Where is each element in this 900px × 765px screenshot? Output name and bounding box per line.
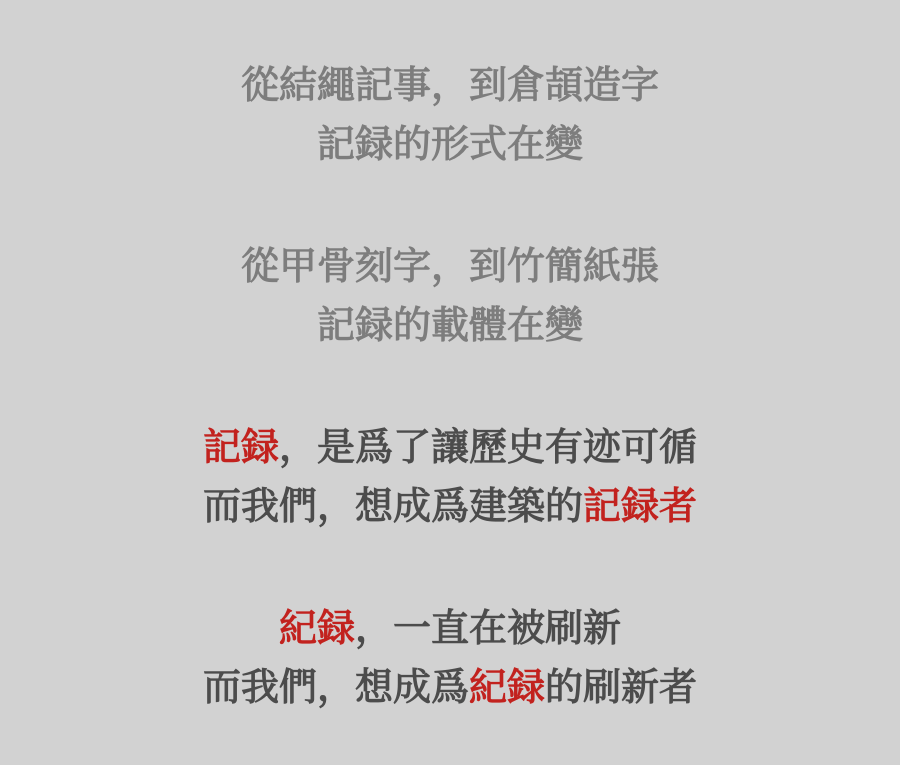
stanza-3: 記録，是爲了讓歷史有迹可循而我們，想成爲建築的記録者 [0, 419, 900, 537]
stanza-4-line-1: 紀録，一直在被刷新 [0, 600, 900, 659]
text-segment: 而我們，想成爲 [203, 667, 469, 709]
stanza-1: 從結繩記事，到倉頡造字記録的形式在變 [0, 57, 900, 175]
stanza-3-line-1: 記録，是爲了讓歷史有迹可循 [0, 419, 900, 478]
stanza-3-line-2: 而我們，想成爲建築的記録者 [0, 478, 900, 537]
stanza-4-line-2: 而我們，想成爲紀録的刷新者 [0, 659, 900, 718]
stanza-2-line-1: 從甲骨刻字，到竹簡紙張 [0, 238, 900, 297]
stanza-2-line-2: 記録的載體在變 [0, 297, 900, 356]
poem-text-block: 從結繩記事，到倉頡造字記録的形式在變從甲骨刻字，到竹簡紙張記録的載體在變記録，是… [0, 0, 900, 718]
highlighted-red-text: 紀録 [279, 608, 355, 650]
stanza-1-line-2: 記録的形式在變 [0, 116, 900, 175]
highlighted-red-text: 記録者 [583, 486, 697, 528]
text-segment: 的刷新者 [545, 667, 697, 709]
stanza-1-line-1: 從結繩記事，到倉頡造字 [0, 57, 900, 116]
stanza-4: 紀録，一直在被刷新而我們，想成爲紀録的刷新者 [0, 600, 900, 718]
highlighted-red-text: 記録 [203, 427, 279, 469]
text-segment: 從甲骨刻字，到竹簡紙張 [241, 246, 659, 288]
stanza-2: 從甲骨刻字，到竹簡紙張記録的載體在變 [0, 238, 900, 356]
text-segment: 從結繩記事，到倉頡造字 [241, 65, 659, 107]
text-segment: 記録的載體在變 [317, 305, 583, 347]
text-segment: ，一直在被刷新 [355, 608, 621, 650]
text-segment: ，是爲了讓歷史有迹可循 [279, 427, 697, 469]
text-segment: 記録的形式在變 [317, 124, 583, 166]
text-segment: 而我們，想成爲建築的 [203, 486, 583, 528]
highlighted-red-text: 紀録 [469, 667, 545, 709]
